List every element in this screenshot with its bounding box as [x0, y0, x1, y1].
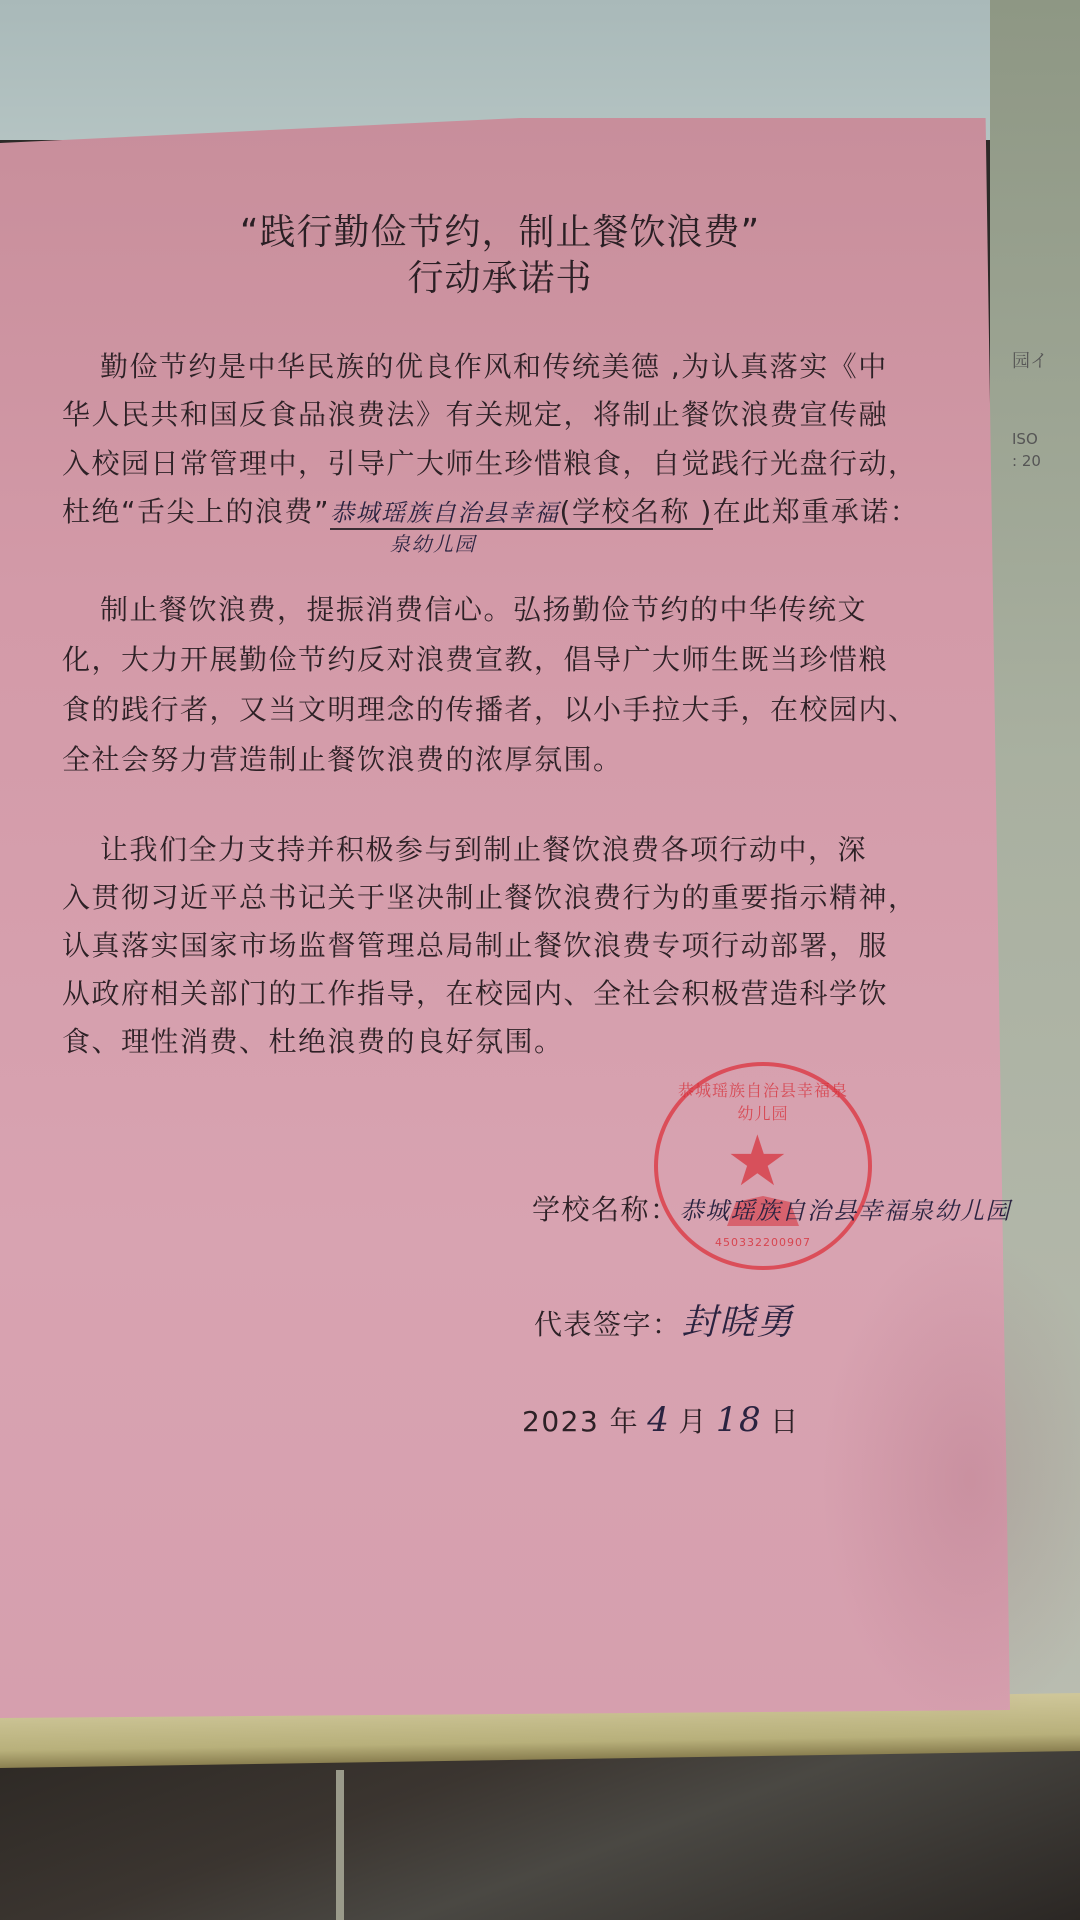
- document-subtitle: 行动承诺书: [0, 250, 1000, 301]
- date-month: 4: [647, 1400, 670, 1440]
- handwritten-school-name: 恭城瑶族自治县幸福泉幼儿园: [680, 1197, 1012, 1225]
- date-row: 2023 年4月18日: [522, 1400, 800, 1440]
- paragraph-line: 华人民共和国反食品浪费法》有关规定，将制止餐饮浪费宣传融: [62, 393, 888, 433]
- school-name-row: 学校名称：恭城瑶族自治县幸福泉幼儿园: [532, 1188, 1011, 1228]
- official-seal: 恭城瑶族自治县幸福泉幼儿园 ★ 450332200907: [654, 1062, 872, 1270]
- seal-number: 450332200907: [688, 1236, 838, 1249]
- representative-row: 代表签字：封晓勇: [534, 1294, 794, 1345]
- date-day-unit: 日: [770, 1405, 800, 1438]
- date-day: 18: [716, 1400, 762, 1440]
- paragraph-line: 从政府相关部门的工作指导，在校园内、全社会积极营造科学饮: [62, 972, 888, 1012]
- date-month-unit: 月: [678, 1405, 708, 1438]
- paragraph-line: 杜绝“舌尖上的浪费”恭城瑶族自治县幸福(学校名称 )在此郑重承诺：: [62, 490, 919, 530]
- representative-label: 代表签字：: [534, 1308, 682, 1341]
- paragraph-line: 化，大力开展勤俭节约反对浪费宣教，倡导广大师生既当珍惜粮: [62, 638, 888, 678]
- line-suffix: 在此郑重承诺：: [713, 495, 920, 528]
- date-year-unit: 年: [610, 1405, 640, 1438]
- date-year: 2023: [522, 1405, 599, 1438]
- paragraph-line: 全社会努力营造制止餐饮浪费的浓厚氛围。: [62, 738, 623, 778]
- paragraph-line: 食的践行者，又当文明理念的传播者，以小手拉大手，在校园内、: [62, 688, 918, 728]
- paragraph-line: 勤俭节约是中华民族的优良作风和传统美德 ,为认真落实《中: [100, 345, 888, 385]
- document-title: “践行勤俭节约，制止餐饮浪费”: [0, 204, 1000, 255]
- handwritten-school-name: 恭城瑶族自治县幸福: [330, 499, 560, 527]
- representative-signature: 封晓勇: [682, 1302, 795, 1343]
- paragraph-line: 让我们全力支持并积极参与到制止餐饮浪费各项行动中，深: [100, 828, 867, 868]
- school-name-hint: (学校名称 ): [560, 495, 713, 528]
- line-prefix: 杜绝“舌尖上的浪费”: [62, 495, 330, 528]
- handwritten-school-name-continued: 泉幼儿园: [390, 528, 476, 557]
- paragraph-line: 入贯彻习近平总书记关于坚决制止餐饮浪费行为的重要指示精神，: [62, 876, 918, 916]
- paragraph-line: 制止餐饮浪费，提振消费信心。弘扬勤俭节约的中华传统文: [100, 588, 867, 628]
- school-name-blank: 恭城瑶族自治县幸福(学校名称 ): [330, 495, 713, 530]
- commitment-document: “践行勤俭节约，制止餐饮浪费” 行动承诺书 勤俭节约是中华民族的优良作风和传统美…: [0, 0, 1080, 1920]
- paragraph-line: 入校园日常管理中，引导广大师生珍惜粮食，自觉践行光盘行动，: [62, 442, 918, 482]
- paragraph-line: 认真落实国家市场监督管理总局制止餐饮浪费专项行动部署，服: [62, 924, 888, 964]
- school-name-label: 学校名称：: [532, 1193, 680, 1226]
- paragraph-line: 食、理性消费、杜绝浪费的良好氛围。: [62, 1020, 564, 1060]
- seal-text: 恭城瑶族自治县幸福泉幼儿园: [678, 1078, 848, 1124]
- star-icon: ★: [726, 1126, 789, 1196]
